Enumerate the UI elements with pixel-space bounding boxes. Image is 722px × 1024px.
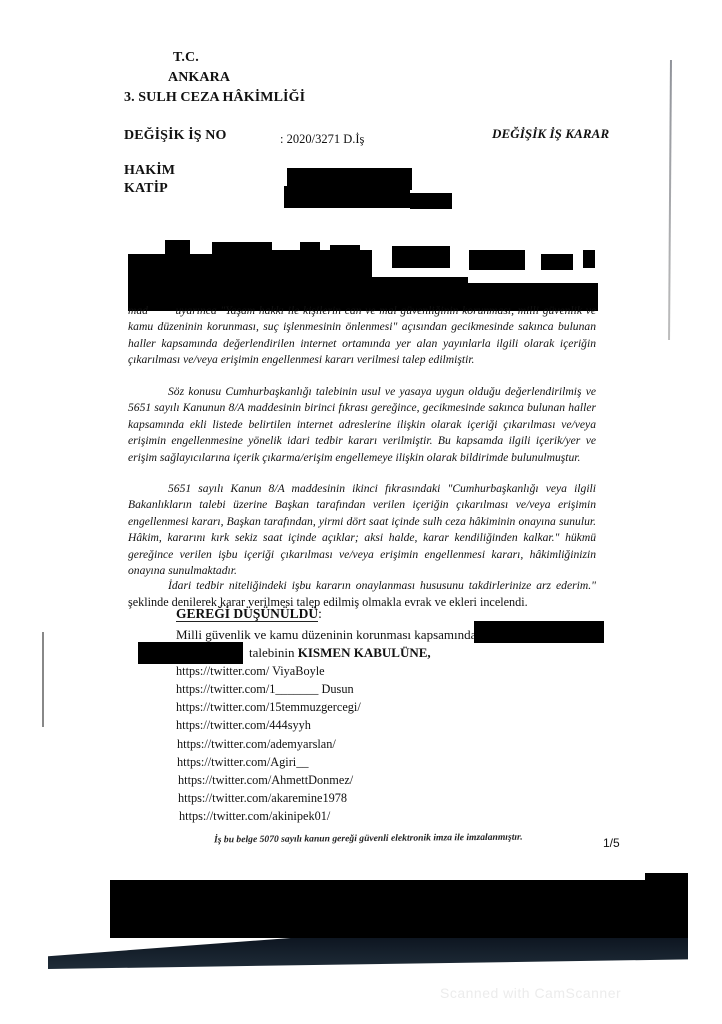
page-bottom-shadow (48, 937, 688, 969)
redaction-footer-tab (645, 873, 688, 883)
url-item: https://twitter.com/444syyh (176, 718, 311, 733)
header-tc: T.C. (173, 50, 199, 66)
decision-heading: GEREĞİ DÜŞÜNÜLDÜ: (176, 606, 322, 622)
decision-line-2: talebinin KISMEN KABULÜNE, (249, 645, 431, 661)
header-court: 3. SULH CEZA HÂKİMLİĞİ (124, 90, 305, 106)
esignature-note: İş bu belge 5070 sayılı kanun gereği güv… (214, 832, 523, 846)
redaction-requester-1 (474, 621, 604, 643)
url-item: https://twitter.com/ ViyaBoyle (176, 664, 325, 679)
header-city: ANKARA (168, 70, 230, 86)
paragraph-request: mad uyarınca "Yaşam hakkı ile kişilerin … (128, 303, 596, 369)
page-number: 1/5 (603, 836, 620, 850)
paragraph-assessment: Söz konusu Cumhurbaşkanlığı talebinin us… (128, 384, 596, 466)
url-item: https://twitter.com/akinipek01/ (179, 809, 330, 824)
url-item: https://twitter.com/Agiri__ (177, 755, 309, 770)
redaction-footer (110, 880, 688, 938)
page-edge-left (42, 632, 44, 727)
judge-label: HAKİM (124, 163, 175, 179)
url-item: https://twitter.com/1_______ Dusun (176, 682, 354, 697)
paragraph-lead: mad (128, 304, 148, 317)
url-item: https://twitter.com/AhmettDonmez/ (178, 773, 353, 788)
redaction-requester-2 (138, 642, 243, 664)
url-item: https://twitter.com/15temmuzgercegi/ (176, 700, 361, 715)
url-item: https://twitter.com/akaremine1978 (178, 791, 347, 806)
paragraph-law-quote: 5651 sayılı Kanun 8/A maddesinin ikinci … (128, 481, 596, 579)
decision-line-1: Milli güvenlik ve kamu düzeninin korunma… (176, 627, 476, 643)
case-number-label: DEĞİŞİK İŞ NO (124, 128, 226, 144)
page-edge-right (668, 60, 672, 340)
scanner-watermark: Scanned with CamScanner (440, 985, 621, 1001)
decision-type: DEĞİŞİK İŞ KARAR (492, 126, 609, 142)
url-item: https://twitter.com/ademyarslan/ (177, 737, 336, 752)
clerk-label: KATİP (124, 181, 168, 197)
case-number: : 2020/3271 D.İş (280, 132, 364, 147)
